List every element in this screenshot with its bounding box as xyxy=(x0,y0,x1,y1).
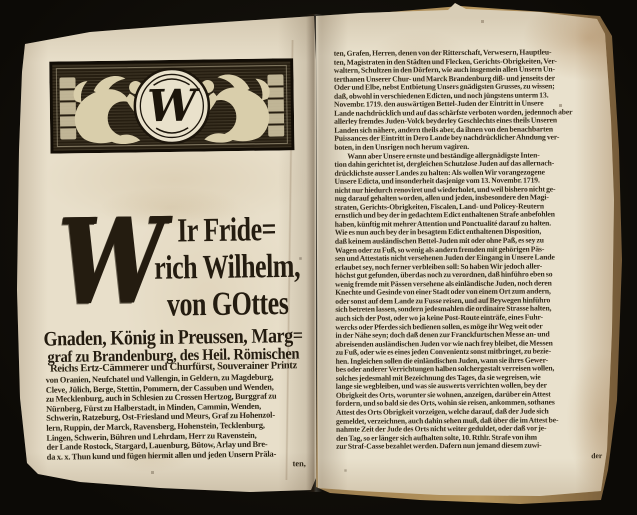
paper-specks xyxy=(0,0,1,1)
right-body-text: ten, Grafen, Herren, denen von der Ritte… xyxy=(334,48,602,451)
text-line: zur Straf-Casse bezahlet werden. Dafern … xyxy=(336,441,602,451)
book-spread: W W Ir Fride=rich Wilhelm,von GOttes Gna… xyxy=(0,0,637,515)
catchword: der xyxy=(336,451,602,462)
right-page-content: ten, Grafen, Herren, denen von der Ritte… xyxy=(0,0,637,515)
